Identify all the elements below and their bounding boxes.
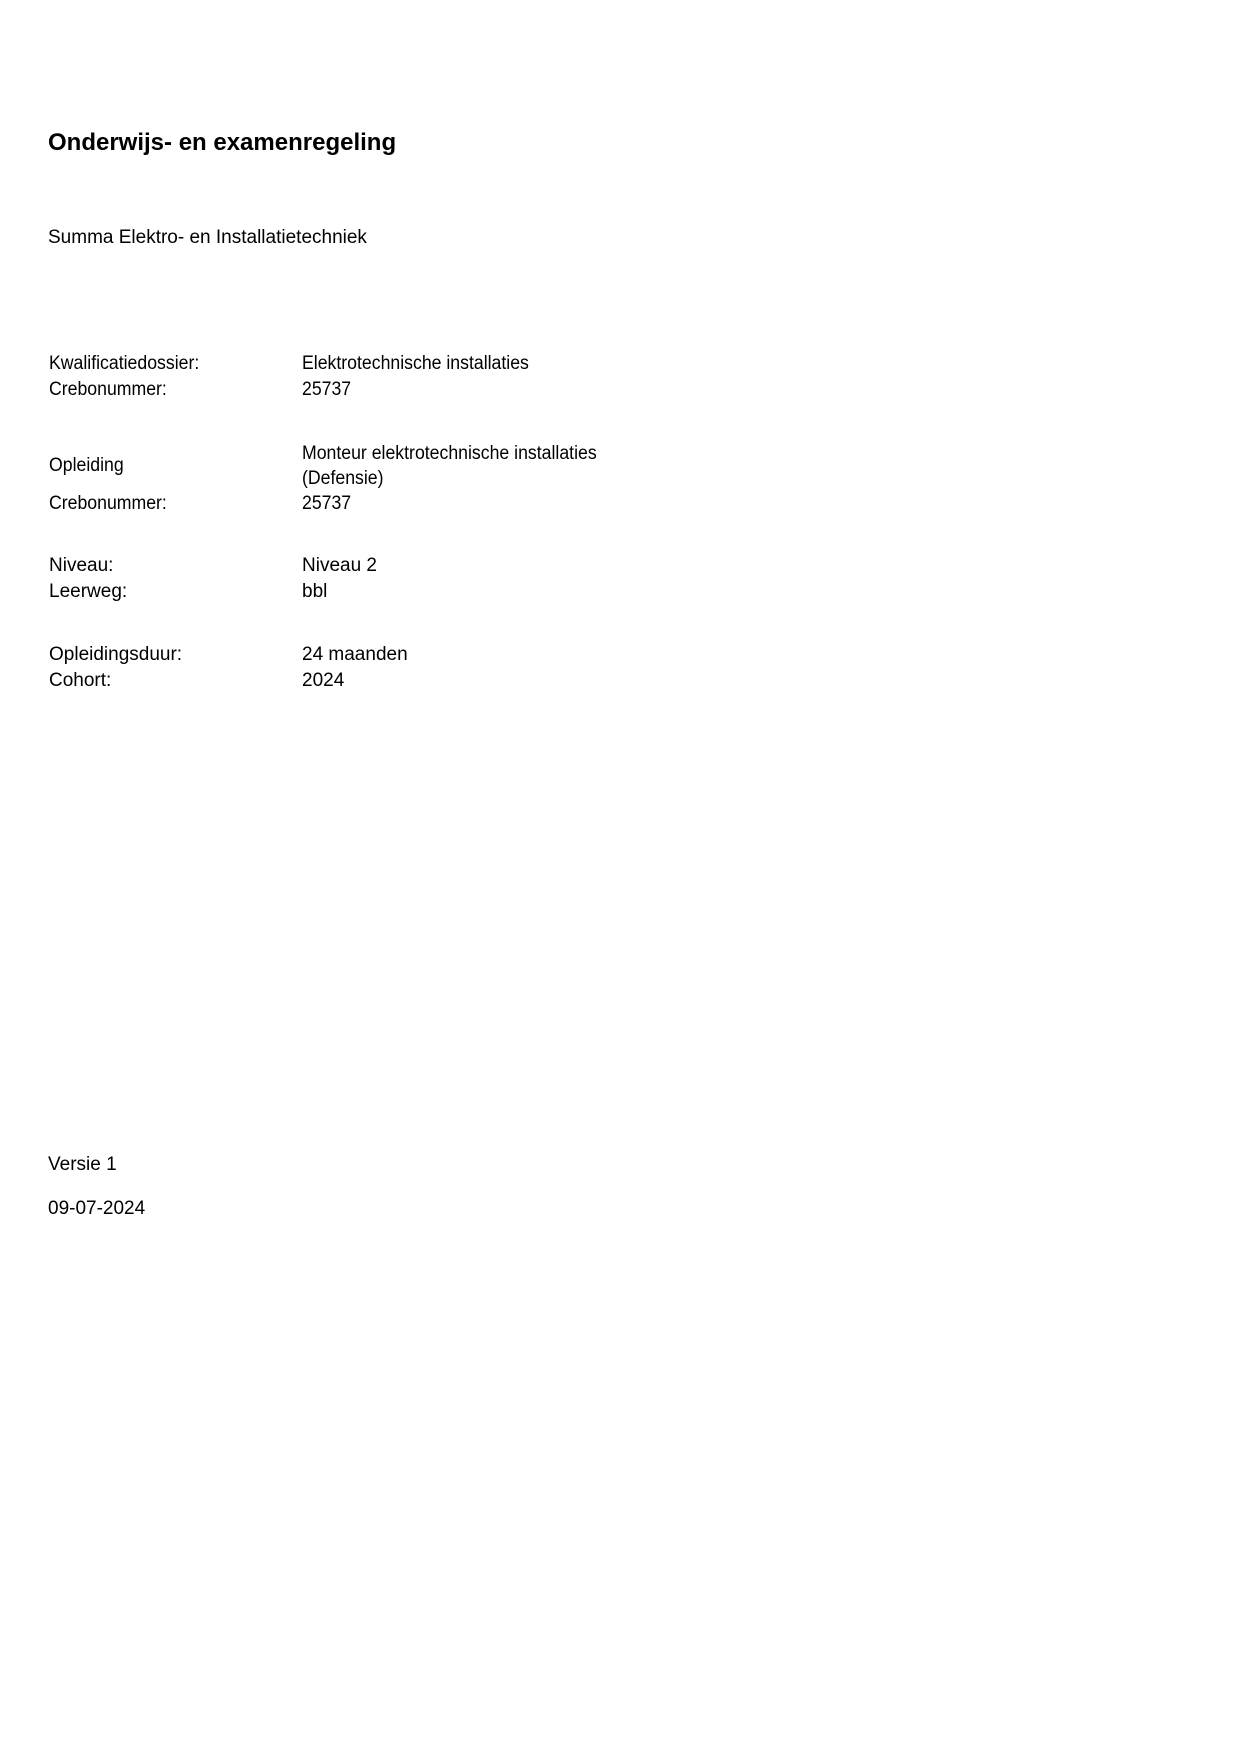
document-date: 09-07-2024 <box>48 1199 145 1218</box>
page-title: Onderwijs- en examenregeling <box>48 131 396 155</box>
field-value: (Defensie) <box>302 469 384 488</box>
field-value: 25737 <box>302 494 351 513</box>
version-label: Versie 1 <box>48 1155 117 1174</box>
field-value: 2024 <box>302 671 344 690</box>
field-label: Kwalificatiedossier: <box>49 354 199 373</box>
field-label: Crebonummer: <box>49 494 167 513</box>
field-label: Opleidingsduur: <box>49 645 182 664</box>
field-value: 25737 <box>302 380 351 399</box>
field-value: 24 maanden <box>302 645 408 664</box>
field-value: Elektrotechnische installaties <box>302 354 529 373</box>
field-value: Niveau 2 <box>302 556 377 575</box>
organization-name: Summa Elektro- en Installatietechniek <box>48 228 367 247</box>
field-label: Leerweg: <box>49 582 127 601</box>
field-value: bbl <box>302 582 327 601</box>
field-label: Niveau: <box>49 556 113 575</box>
field-value: Monteur elektrotechnische installaties <box>302 444 597 463</box>
field-label: Cohort: <box>49 671 111 690</box>
field-label: Crebonummer: <box>49 380 167 399</box>
field-label: Opleiding <box>49 456 124 475</box>
